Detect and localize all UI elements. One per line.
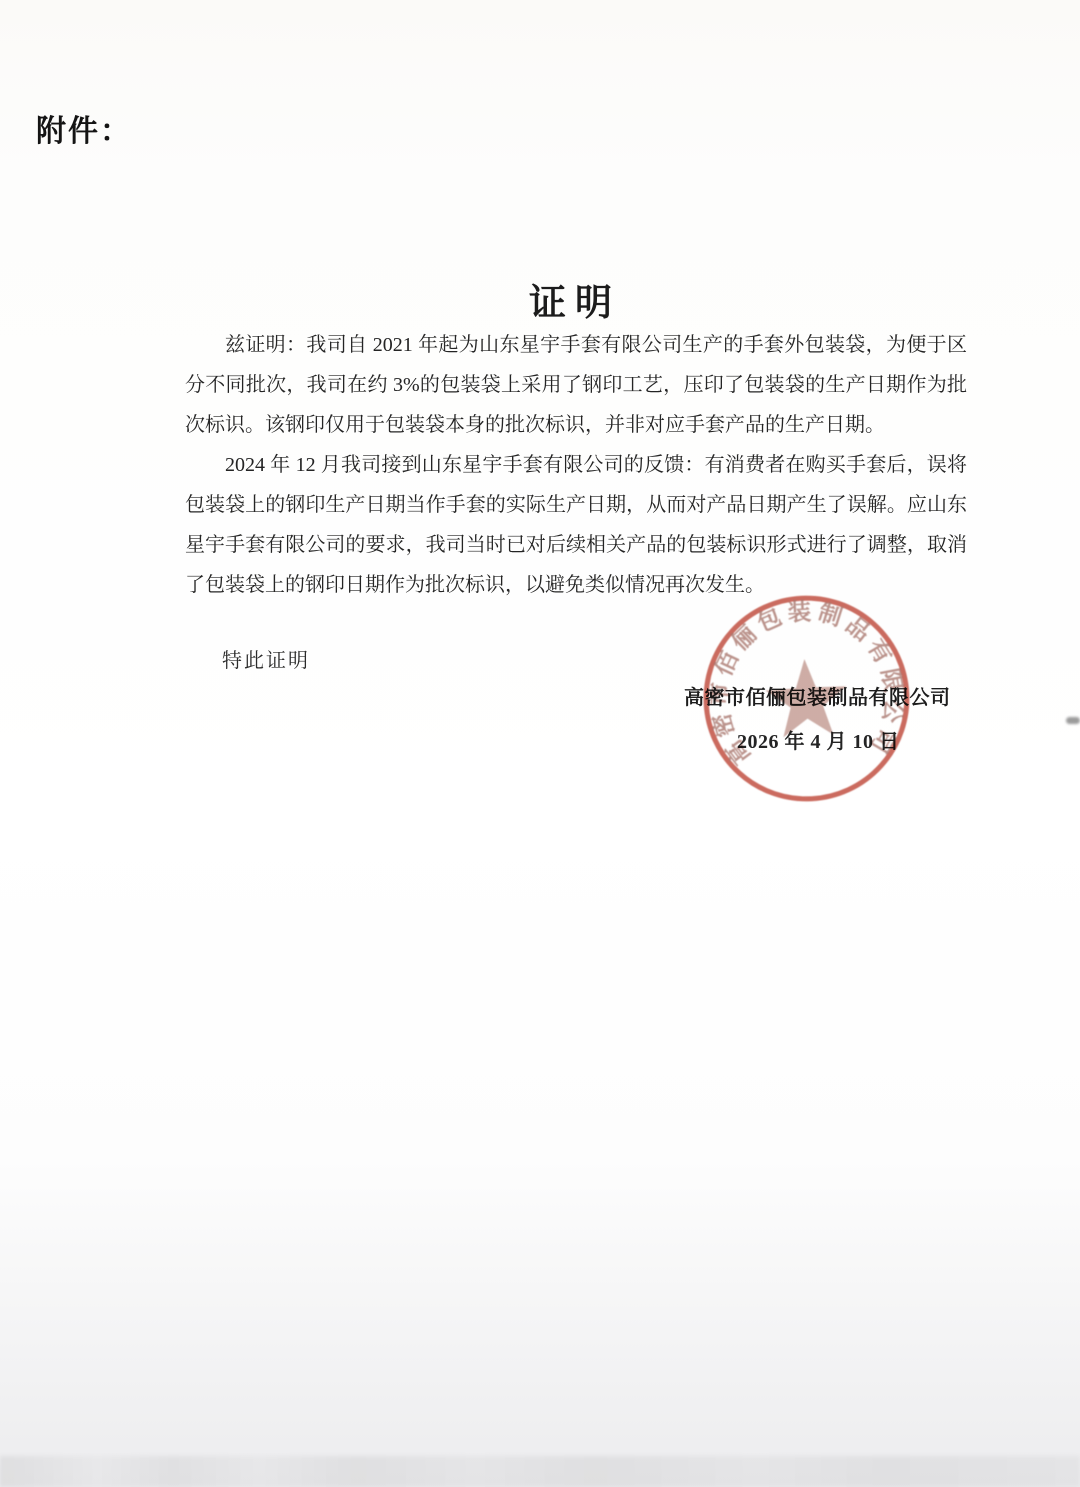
paragraph-1: 兹证明：我司自 2021 年起为山东星宇手套有限公司生产的手套外包装袋，为便于区…: [185, 325, 967, 445]
company-seal-stamp: 高密市佰俪包装制品有限公司: [692, 584, 921, 813]
document-title: 证明: [185, 272, 965, 326]
document-page: 附件： 证明 兹证明：我司自 2021 年起为山东星宇手套有限公司生产的手套外包…: [0, 0, 1080, 1487]
bottom-gradient-bar: [0, 1456, 1080, 1487]
page-edge-mark: [1066, 717, 1080, 724]
seal-star-icon: [764, 657, 849, 738]
document-body: 兹证明：我司自 2021 年起为山东星宇手套有限公司生产的手套外包装袋，为便于区…: [185, 325, 967, 605]
closing-statement: 特此证明: [222, 644, 310, 673]
attachment-label: 附件：: [36, 106, 132, 150]
paragraph-2: 2024 年 12 月我司接到山东星宇手套有限公司的反馈：有消费者在购买手套后，…: [185, 445, 967, 605]
